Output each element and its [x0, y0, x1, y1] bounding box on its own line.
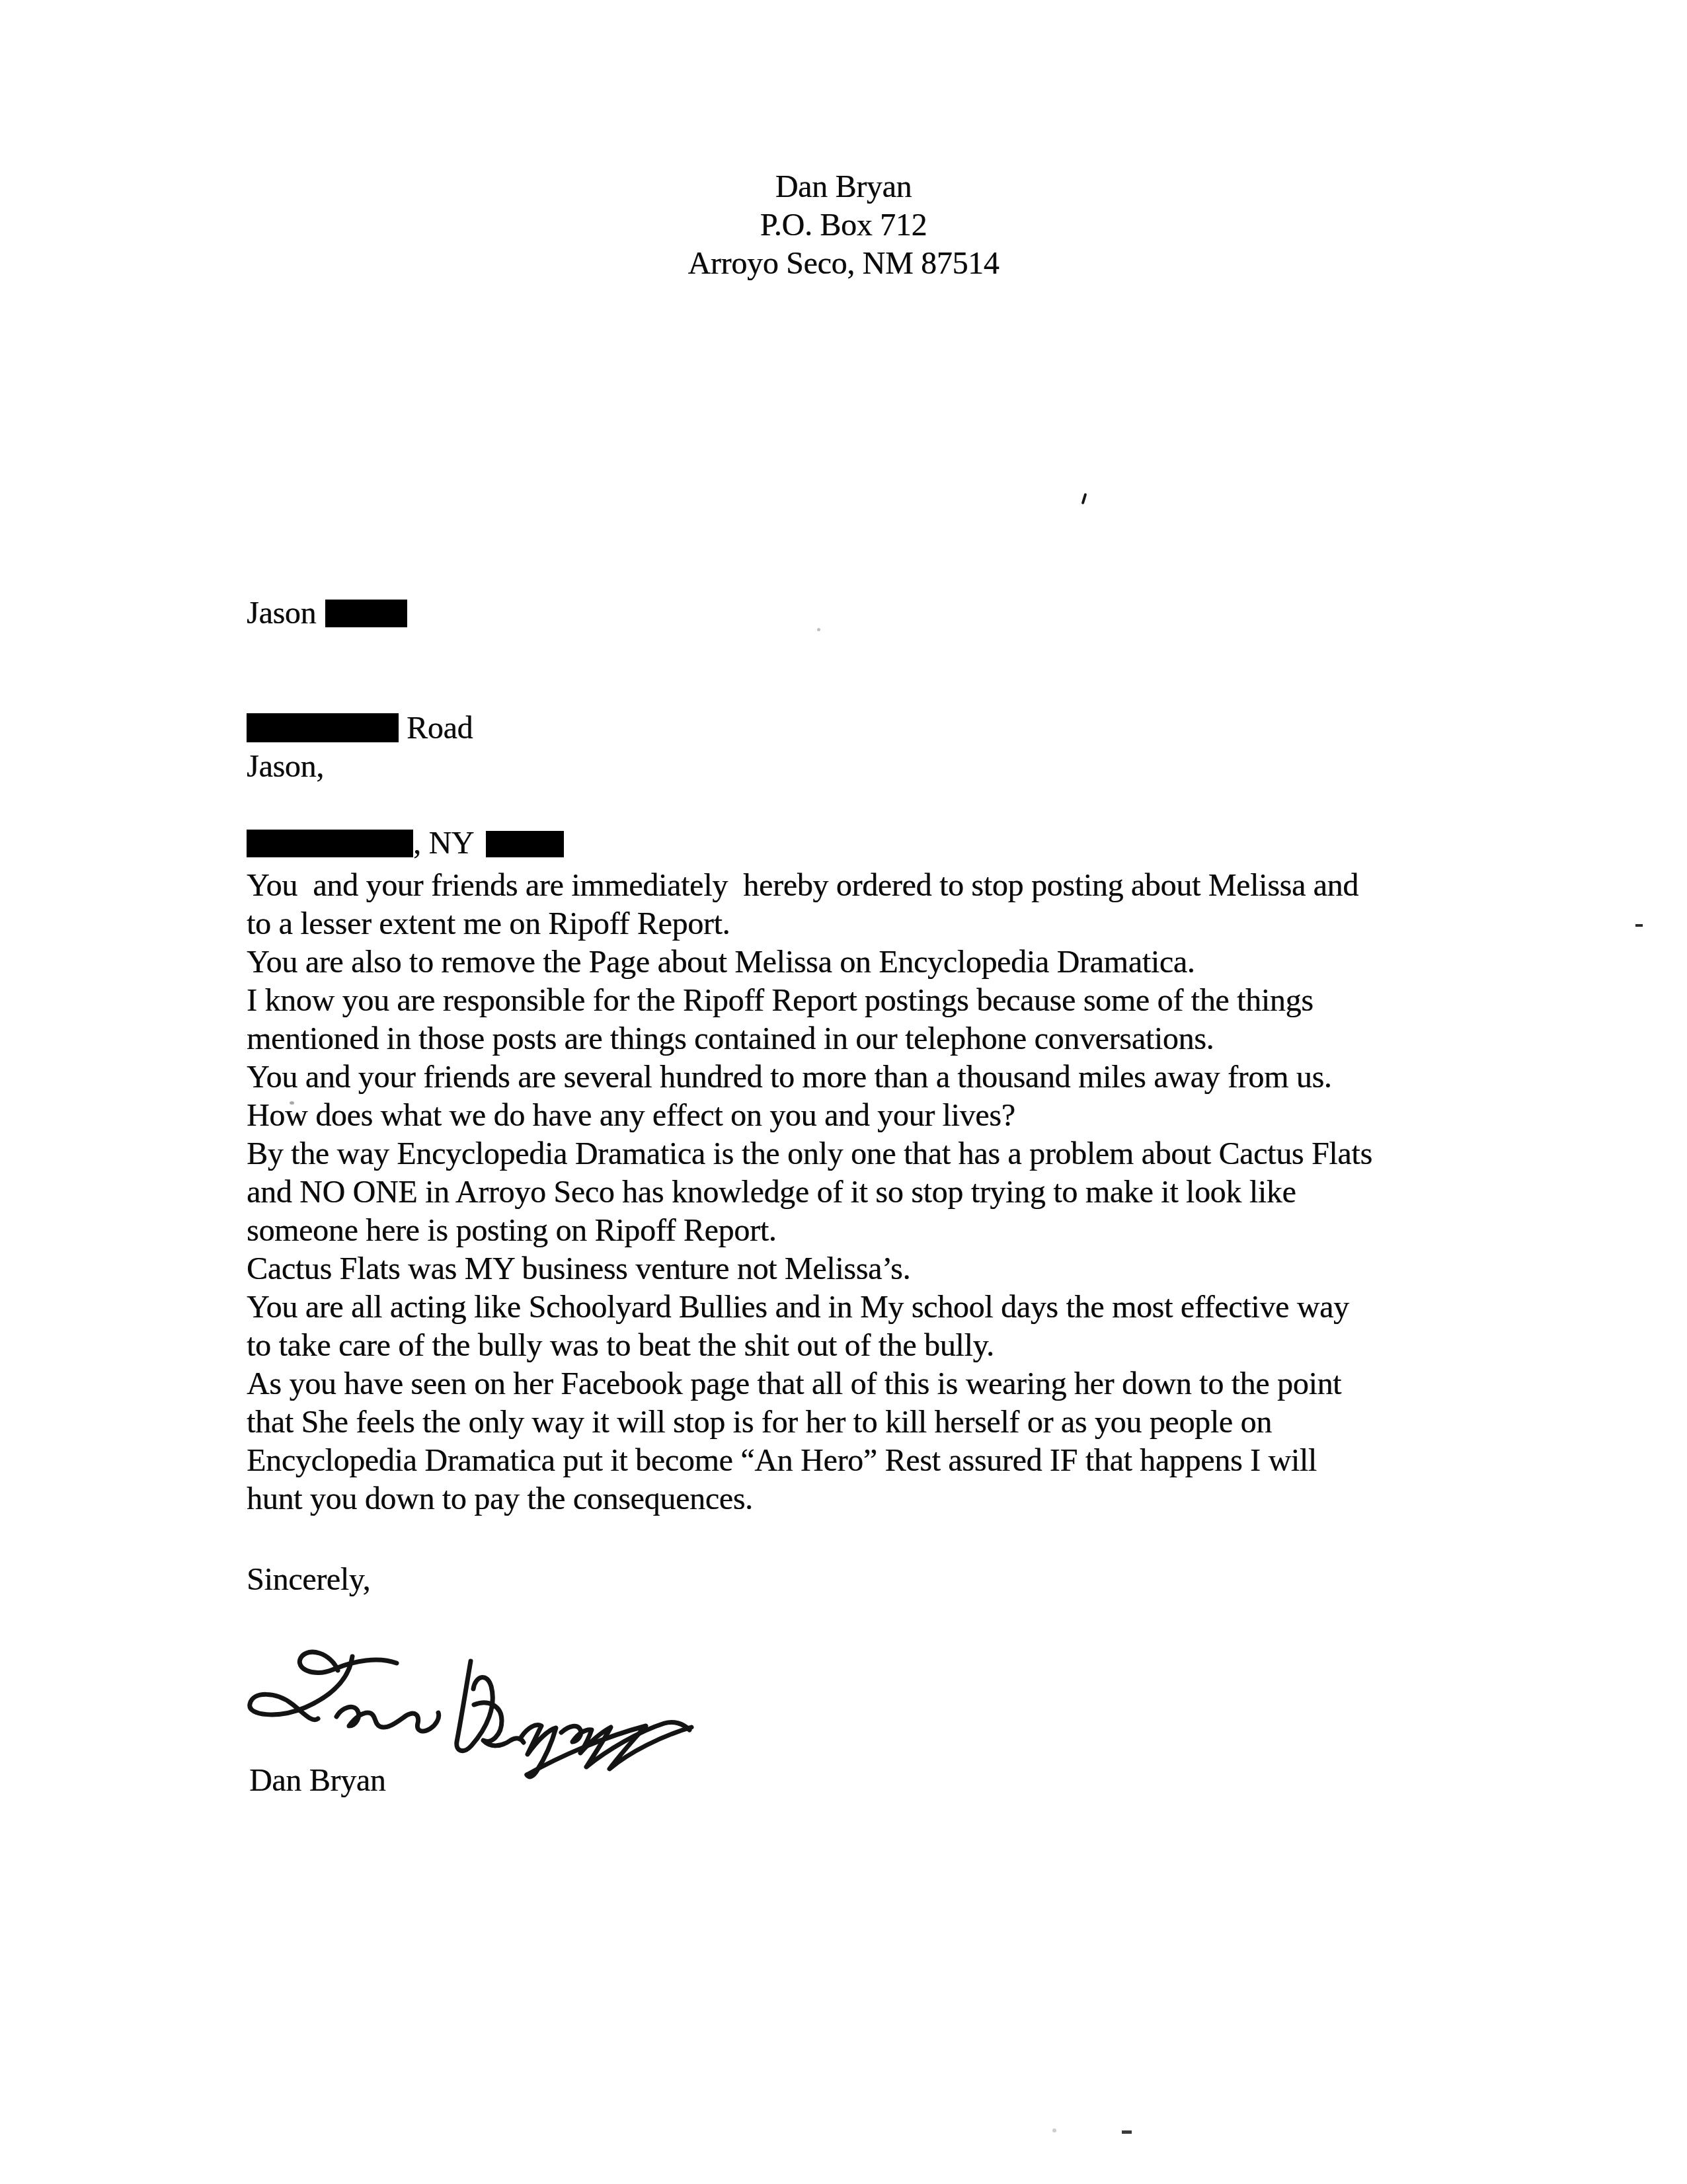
redaction-bar: [247, 830, 413, 857]
scan-artifact-dash: [1635, 924, 1643, 927]
body-line: You and your friends are immediately her…: [247, 867, 1542, 905]
redaction-bar: [486, 831, 564, 857]
redaction-bar: [325, 600, 407, 627]
body-line: that She feels the only way it will stop…: [247, 1403, 1542, 1442]
recipient-name: Jason: [247, 596, 316, 631]
letter-body: You and your friends are immediately her…: [247, 867, 1542, 1518]
recipient-street-suffix: Road: [407, 711, 473, 746]
body-line: someone here is posting on Ripoff Report…: [247, 1212, 1542, 1250]
scan-artifact-apostrophe: [1081, 493, 1087, 504]
body-line: hunt you down to pay the consequences.: [247, 1480, 1542, 1518]
body-line: Encyclopedia Dramatica put it become “An…: [247, 1442, 1542, 1480]
sender-address-block: Dan Bryan P.O. Box 712 Arroyo Seco, NM 8…: [0, 168, 1687, 283]
body-line: I know you are responsible for the Ripof…: [247, 982, 1542, 1020]
body-line: You are all acting like Schoolyard Bulli…: [247, 1288, 1542, 1327]
body-line: By the way Encyclopedia Dramatica is the…: [247, 1135, 1542, 1173]
signature-stroke-ryan: [522, 1722, 689, 1776]
body-line: How does what we do have any effect on y…: [247, 1097, 1542, 1135]
recipient-line-2: Road: [247, 709, 564, 748]
recipient-line-1: Jason: [247, 594, 564, 633]
closing: Sincerely,: [247, 1561, 370, 1599]
scan-artifact-dot: [1052, 2128, 1056, 2132]
scan-artifact-dash: [1122, 2130, 1132, 2134]
body-line: As you have seen on her Facebook page th…: [247, 1365, 1542, 1403]
redaction-bar: [247, 713, 399, 742]
recipient-line-3: , NY: [247, 824, 564, 863]
body-line: mentioned in those posts are things cont…: [247, 1020, 1542, 1058]
sender-po-box: P.O. Box 712: [0, 206, 1687, 245]
salutation: Jason,: [247, 748, 324, 786]
letter-page: Dan Bryan P.O. Box 712 Arroyo Seco, NM 8…: [0, 0, 1687, 2184]
typed-signature-name: Dan Bryan: [249, 1762, 386, 1800]
body-line: to a lesser extent me on Ripoff Report.: [247, 905, 1542, 943]
recipient-state: , NY: [413, 826, 474, 861]
body-line: to take care of the bully was to beat th…: [247, 1327, 1542, 1365]
sender-city-state-zip: Arroyo Seco, NM 87514: [0, 245, 1687, 283]
body-line: You and your friends are several hundred…: [247, 1058, 1542, 1097]
body-line: and NO ONE in Arroyo Seco has knowledge …: [247, 1173, 1542, 1212]
signature-stroke-b: [457, 1661, 524, 1751]
body-line: You are also to remove the Page about Me…: [247, 943, 1542, 982]
scan-artifact-dot: [817, 628, 820, 631]
signature-stroke-an: [336, 1707, 439, 1731]
sender-name: Dan Bryan: [0, 168, 1687, 206]
body-line: Cactus Flats was MY business venture not…: [247, 1250, 1542, 1288]
